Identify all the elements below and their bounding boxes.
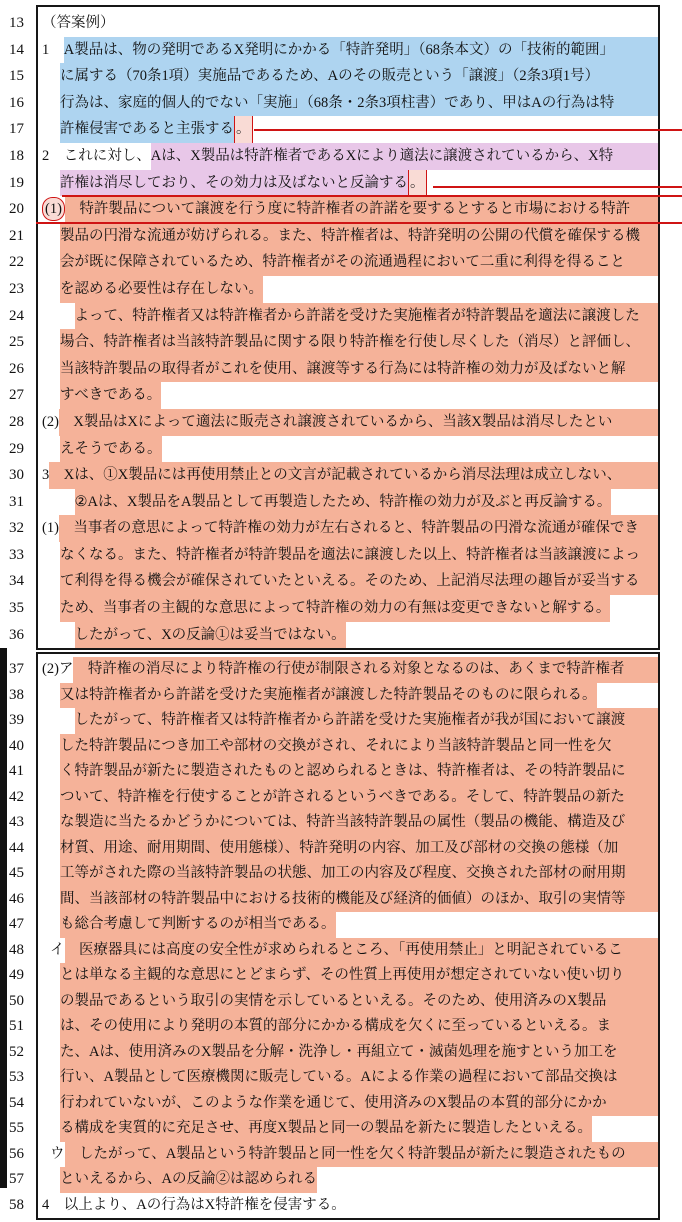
answer-sheet-page: 1314151617181920212223242526272829303132…: [0, 0, 682, 1222]
text-segment: ウ: [50, 1142, 65, 1168]
line-number: 24: [0, 303, 36, 330]
document-line-40: した特許製品につき加工や部材の交換がされ、それにより当該特許製品と同一性を欠: [38, 734, 658, 760]
line-number: 13: [0, 10, 36, 37]
text-segment: 2 これに対し、: [42, 143, 151, 170]
document-box-1: （答案例）1 A製品は、物の発明であるX発明にかかる「特許発明」（68条本文）の…: [36, 5, 660, 650]
document-line-49: とは単なる主観的な意思にとどまらず、その性質上再使用が想定されていない使い切り: [38, 963, 658, 989]
line-number: 17: [0, 116, 36, 143]
document-line-45: 工等がされた際の当該特許製品の状態、加工の内容及び程度、交換された部材の耐用期: [38, 861, 658, 887]
document-line-15: に属する（70条1項）実施品であるため、Aのその販売という「譲渡」（2条3項1号…: [38, 63, 658, 90]
line-number: 25: [0, 329, 36, 356]
line-number: 26: [0, 356, 36, 383]
document-section-2: 3738394041424344454647484950515253545556…: [0, 652, 682, 1220]
document-line-14: 1 A製品は、物の発明であるX発明にかかる「特許発明」（68条本文）の「技術的範…: [38, 37, 658, 64]
document-line-37: (2)ア 特許権の消尽により特許権の行使が制限される対象となるのは、あくまで特許…: [38, 657, 658, 683]
highlighted-text-segment: ため、当事者の主観的な意思によって特許権の効力の有無は変更できないと解する。: [60, 595, 610, 622]
text-segment: (2): [42, 409, 59, 436]
highlighted-text-segment: えそうである。: [60, 436, 162, 463]
document-line-56: ウ したがって、A製品という特許製品と同一性を欠く特許製品が新たに製造されたもの: [38, 1142, 658, 1168]
document-line-52: た、Aは、使用済みのX製品を分解・洗浄し・再組立て・滅菌処理を施すという加工を: [38, 1040, 658, 1066]
text-segment: [60, 489, 75, 516]
document-line-51: は、その使用により発明の本質的部分にかかる構成を欠くに至っているといえる。ま: [38, 1014, 658, 1040]
highlighted-text-segment: 間、当該部材の特許製品中における技術的機能及び経済的価値）のほか、取引の実情等: [60, 887, 658, 913]
line-number: 31: [0, 489, 36, 516]
line-number: 21: [0, 223, 36, 250]
highlighted-text-segment: 特許製品について譲渡を行う度に特許権者の許諾を要するとすると市場における特許: [65, 196, 658, 223]
line-number: 29: [0, 436, 36, 463]
document-line-28: (2) X製品はXによって適法に販売され譲渡されているから、当該X製品は消尽した…: [38, 409, 658, 436]
text-segment: イ: [50, 938, 65, 964]
line-number: 34: [0, 568, 36, 595]
document-line-21: 製品の円滑な流通が妨げられる。また、特許権者は、特許発明の公開の代償を確保する機: [38, 223, 658, 250]
line-number: 14: [0, 37, 36, 64]
highlighted-text-segment: 許権は消尽しており、その効力は及ばないと反論する: [60, 170, 408, 197]
highlighted-text-segment: なくなる。また、特許権者が特許製品を適法に譲渡した以上、特許権者は当該譲渡によっ: [60, 542, 658, 569]
highlighted-text-segment: な製造に当たるかどうかについては、特許当該特許製品の属性（製品の機能、構造及び: [60, 810, 658, 836]
highlighted-text-segment: て利得を得る機会が確保されていたといえる。そのため、上記消尽法理の趣旨が妥当する: [60, 568, 658, 595]
line-number: 32: [0, 515, 36, 542]
document-line-55: る構成を実質的に充足させ、再度X製品と同一の製品を新たに製造したといえる。: [38, 1116, 658, 1142]
document-line-30: 3 Xは、①X製品には再使用禁止との文言が記載されているから消尽法理は成立しない…: [38, 462, 658, 489]
red-pen-annotation-line: [36, 222, 682, 224]
highlighted-text-segment: 行われていないが、このような作業を通じて、使用済みのX製品の本質的部分にかか: [60, 1091, 658, 1117]
red-pen-annotation-line: [62, 195, 682, 197]
highlighted-text-segment: した特許製品につき加工や部材の交換がされ、それにより当該特許製品と同一性を欠: [60, 734, 658, 760]
text-segment: （答案例）: [42, 10, 115, 37]
red-circled-label: (1): [42, 197, 65, 221]
highlighted-text-segment: X製品はXによって適法に販売され譲渡されているから、当該X製品は消尽したとい: [59, 409, 658, 436]
document-line-47: も総合考慮して判断するのが相当である。: [38, 912, 658, 938]
text-segment: [60, 303, 75, 330]
highlighted-text-segment: の製品であるという取引の実情を示しているといえる。そのため、使用済みのX製品: [60, 989, 658, 1015]
document-line-23: を認める必要性は存在しない。: [38, 276, 658, 303]
document-line-19: 許権は消尽しており、その効力は及ばないと反論する。: [38, 170, 658, 197]
highlighted-text-segment: 特許権の消尽により特許権の行使が制限される対象となるのは、あくまで特許権者: [73, 657, 658, 683]
document-box-2: (2)ア 特許権の消尽により特許権の行使が制限される対象となるのは、あくまで特許…: [36, 652, 660, 1220]
highlighted-text-segment: に属する（70条1項）実施品であるため、Aのその販売という「譲渡」（2条3項1号…: [60, 63, 658, 90]
line-number: 19: [0, 170, 36, 197]
red-boxed-period-mark: 。: [408, 170, 427, 197]
document-line-36: したがって、Xの反論①は妥当ではない。: [38, 622, 658, 649]
highlighted-text-segment: 医療器具には高度の安全性が求められるところ、「再使用禁止」と明記されているこ: [65, 938, 659, 964]
highlighted-text-segment: Xは、①X製品には再使用禁止との文言が記載されているから消尽法理は成立しない、: [49, 462, 658, 489]
highlighted-text-segment: 又は特許権者から許諾を受けた実施権者が譲渡した特許製品そのものに限られる。: [60, 683, 597, 709]
highlighted-text-segment: も総合考慮して判断するのが相当である。: [60, 912, 336, 938]
document-line-50: の製品であるという取引の実情を示しているといえる。そのため、使用済みのX製品: [38, 989, 658, 1015]
highlighted-text-segment: したがって、特許権者又は特許権者から許諾を受けた実施権者が我が国において譲渡: [75, 708, 659, 734]
line-number: 20: [0, 196, 36, 223]
document-line-26: 当該特許製品の取得者がこれを使用、譲渡等する行為には特許権の効力が及ばないと解: [38, 356, 658, 383]
line-number: 27: [0, 382, 36, 409]
document-line-53: 行い、A製品として医療機関に販売している。Aによる作業の過程において部品交換は: [38, 1065, 658, 1091]
document-section-1: 1314151617181920212223242526272829303132…: [0, 5, 682, 650]
text-segment: 1: [42, 37, 64, 64]
document-line-42: ついて、特許権を行使することが許されるというべきである。そして、特許製品の新た: [38, 785, 658, 811]
line-number: 16: [0, 90, 36, 117]
highlighted-text-segment: た、Aは、使用済みのX製品を分解・洗浄し・再組立て・滅菌処理を施すという加工を: [60, 1040, 658, 1066]
line-number: 15: [0, 63, 36, 90]
document-line-57: といえるから、Aの反論②は認められる: [38, 1167, 658, 1193]
document-line-27: すべきである。: [38, 382, 658, 409]
highlighted-text-segment: とは単なる主観的な意思にとどまらず、その性質上再使用が想定されていない使い切り: [60, 963, 658, 989]
document-line-13: （答案例）: [38, 10, 658, 37]
red-pen-annotation-line: [254, 129, 682, 131]
line-number: 18: [0, 143, 36, 170]
highlighted-text-segment: 場合、特許権者は当該特許製品に関する限り特許権を行使し尽くした（消尽）と評価し、: [60, 329, 658, 356]
highlighted-text-segment: 当該特許製品の取得者がこれを使用、譲渡等する行為には特許権の効力が及ばないと解: [60, 356, 658, 383]
document-line-58: 4 以上より、Aの行為はX特許権を侵害する。: [38, 1193, 658, 1219]
highlighted-text-segment: 許権侵害であると主張する: [60, 116, 234, 143]
document-line-46: 間、当該部材の特許製品中における技術的機能及び経済的価値）のほか、取引の実情等: [38, 887, 658, 913]
highlighted-text-segment: よって、特許権者又は特許権者から許諾を受けた実施権者が特許製品を適法に譲渡した: [75, 303, 659, 330]
highlighted-text-segment: く特許製品が新たに製造されたものと認められるときは、特許権者は、その特許製品に: [60, 759, 658, 785]
document-line-29: えそうである。: [38, 436, 658, 463]
line-number: 33: [0, 542, 36, 569]
document-line-18: 2 これに対し、Aは、X製品は特許権者であるXにより適法に譲渡されているから、X…: [38, 143, 658, 170]
text-segment: 4 以上より、Aの行為はX特許権を侵害する。: [42, 1193, 346, 1219]
line-number: 28: [0, 409, 36, 436]
highlighted-text-segment: ついて、特許権を行使することが許されるというべきである。そして、特許製品の新た: [60, 785, 658, 811]
document-line-44: 材質、用途、耐用期間、使用態様）、特許発明の内容、加工及び部材の交換の態様（加: [38, 836, 658, 862]
document-line-39: したがって、特許権者又は特許権者から許諾を受けた実施権者が我が国において譲渡: [38, 708, 658, 734]
red-pen-annotation-line: [433, 186, 682, 188]
line-number: 23: [0, 276, 36, 303]
red-boxed-period-mark: 。: [234, 116, 253, 143]
document-line-31: ②Aは、X製品をA製品として再製造したため、特許権の効力が及ぶと再反論する。: [38, 489, 658, 516]
line-number: 35: [0, 595, 36, 622]
highlighted-text-segment: 当事者の意思によって特許権の効力が左右されると、特許製品の円滑な流通が確保でき: [59, 515, 658, 542]
highlighted-text-segment: したがって、A製品という特許製品と同一性を欠く特許製品が新たに製造されたもの: [65, 1142, 659, 1168]
highlighted-text-segment: 製品の円滑な流通が妨げられる。また、特許権者は、特許発明の公開の代償を確保する機: [60, 223, 658, 250]
highlighted-text-segment: 行為は、家庭的個人的でない「実施」（68条・2条3項柱書）であり、甲はAの行為は…: [60, 90, 658, 117]
highlighted-text-segment: は、その使用により発明の本質的部分にかかる構成を欠くに至っているといえる。ま: [60, 1014, 658, 1040]
highlighted-text-segment: 工等がされた際の当該特許製品の状態、加工の内容及び程度、交換された部材の耐用期: [60, 861, 658, 887]
document-line-22: 会が既に保障されているため、特許権者がその流通過程において二重に利得を得ること: [38, 249, 658, 276]
text-segment: (2)ア: [42, 657, 73, 683]
highlighted-text-segment: る構成を実質的に充足させ、再度X製品と同一の製品を新たに製造したといえる。: [60, 1116, 592, 1142]
highlighted-text-segment: 材質、用途、耐用期間、使用態様）、特許発明の内容、加工及び部材の交換の態様（加: [60, 836, 658, 862]
document-line-38: 又は特許権者から許諾を受けた実施権者が譲渡した特許製品そのものに限られる。: [38, 683, 658, 709]
left-margin-revision-bar: [0, 648, 7, 1188]
document-line-20: (1) 特許製品について譲渡を行う度に特許権者の許諾を要するとすると市場における…: [38, 196, 658, 223]
highlighted-text-segment: 行い、A製品として医療機関に販売している。Aによる作業の過程において部品交換は: [60, 1065, 658, 1091]
document-line-16: 行為は、家庭的個人的でない「実施」（68条・2条3項柱書）であり、甲はAの行為は…: [38, 90, 658, 117]
document-line-33: なくなる。また、特許権者が特許製品を適法に譲渡した以上、特許権者は当該譲渡によっ: [38, 542, 658, 569]
document-line-43: な製造に当たるかどうかについては、特許当該特許製品の属性（製品の機能、構造及び: [38, 810, 658, 836]
highlighted-text-segment: Aは、X製品は特許権者であるXにより適法に譲渡されているから、X特: [151, 143, 658, 170]
line-number: 36: [0, 622, 36, 649]
text-segment: (1): [42, 515, 59, 542]
document-line-24: よって、特許権者又は特許権者から許諾を受けた実施権者が特許製品を適法に譲渡した: [38, 303, 658, 330]
text-segment: 3: [42, 462, 49, 489]
highlighted-text-segment: すべきである。: [60, 382, 161, 409]
highlighted-text-segment: ②Aは、X製品をA製品として再製造したため、特許権の効力が及ぶと再反論する。: [75, 489, 612, 516]
highlighted-text-segment: 会が既に保障されているため、特許権者がその流通過程において二重に利得を得ること: [60, 249, 658, 276]
document-line-32: (1) 当事者の意思によって特許権の効力が左右されると、特許製品の円滑な流通が確…: [38, 515, 658, 542]
document-line-35: ため、当事者の主観的な意思によって特許権の効力の有無は変更できないと解する。: [38, 595, 658, 622]
highlighted-text-segment: を認める必要性は存在しない。: [60, 276, 263, 303]
document-line-54: 行われていないが、このような作業を通じて、使用済みのX製品の本質的部分にかか: [38, 1091, 658, 1117]
highlighted-text-segment: といえるから、Aの反論②は認められる: [60, 1167, 317, 1193]
document-line-41: く特許製品が新たに製造されたものと認められるときは、特許権者は、その特許製品に: [38, 759, 658, 785]
line-number: 58: [0, 1193, 36, 1219]
line-number: 30: [0, 462, 36, 489]
document-line-25: 場合、特許権者は当該特許製品に関する限り特許権を行使し尽くした（消尽）と評価し、: [38, 329, 658, 356]
text-segment: [60, 708, 75, 734]
text-segment: [60, 622, 75, 649]
line-number-column: 1314151617181920212223242526272829303132…: [0, 5, 36, 648]
document-line-48: イ 医療器具には高度の安全性が求められるところ、「再使用禁止」と明記されているこ: [38, 938, 658, 964]
highlighted-text-segment: A製品は、物の発明であるX発明にかかる「特許発明」（68条本文）の「技術的範囲」: [64, 37, 658, 64]
document-line-34: て利得を得る機会が確保されていたといえる。そのため、上記消尽法理の趣旨が妥当する: [38, 568, 658, 595]
line-number: 22: [0, 249, 36, 276]
highlighted-text-segment: したがって、Xの反論①は妥当ではない。: [75, 622, 346, 649]
